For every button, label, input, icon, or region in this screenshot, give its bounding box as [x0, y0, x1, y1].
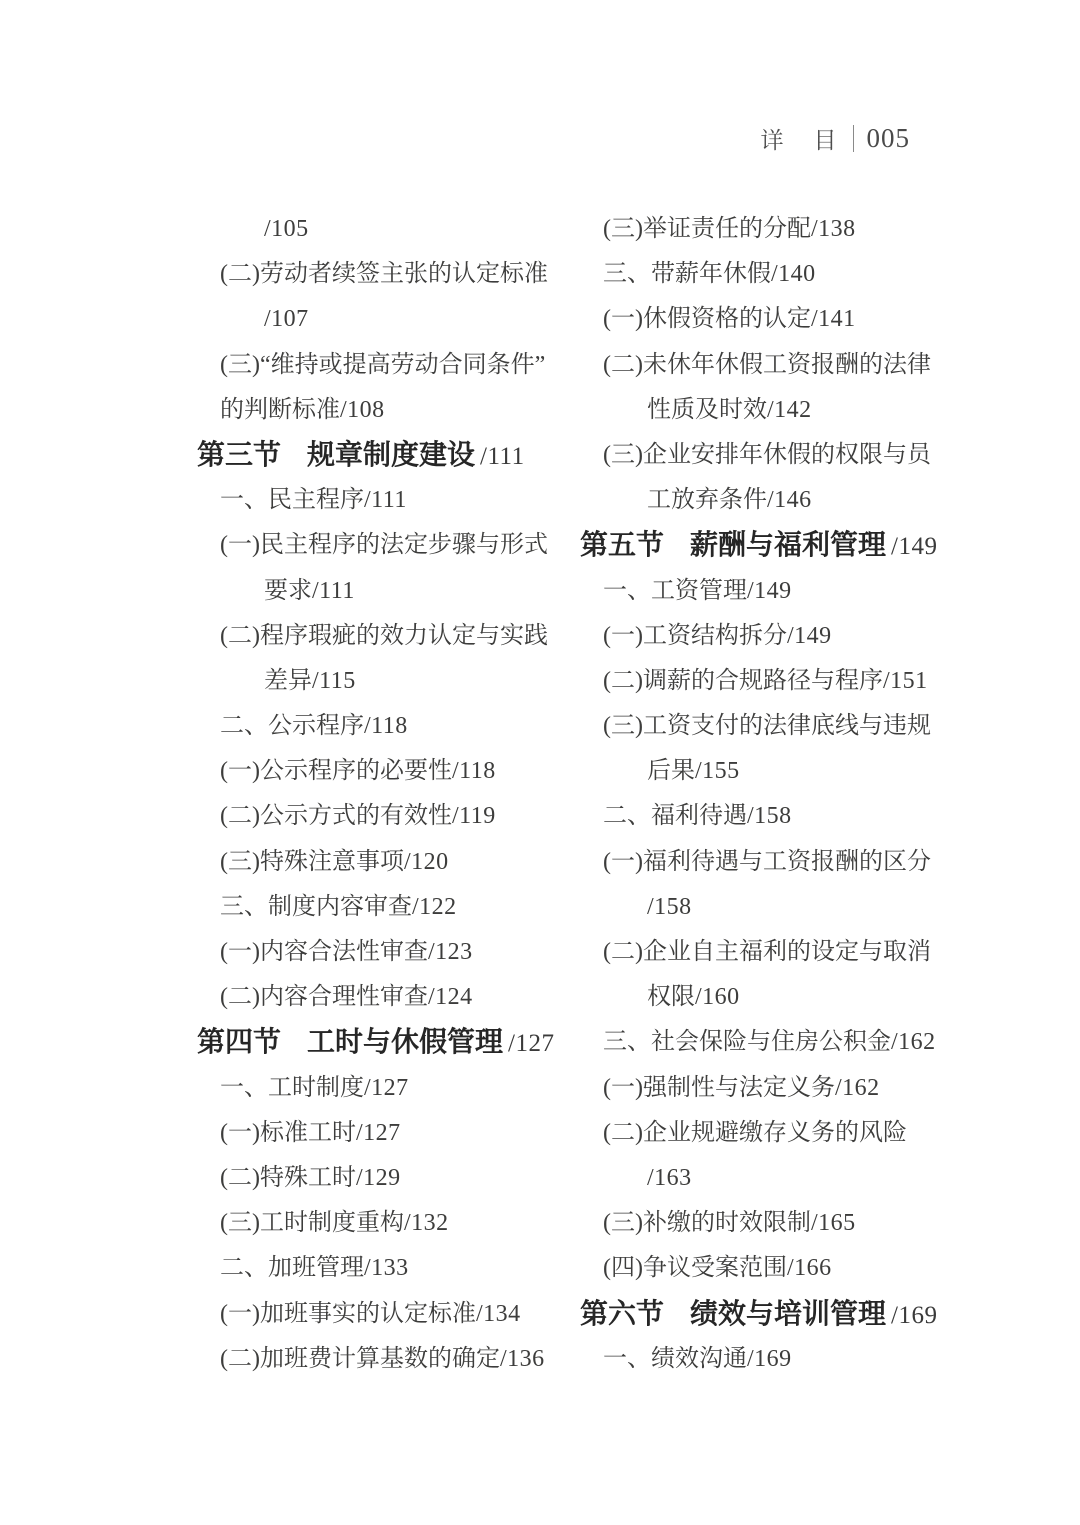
entry-page-number: /165 [811, 1210, 856, 1236]
toc-entry: (二)企业规避缴存义务的风险 [580, 1111, 975, 1156]
toc-entry: 权限/160 [580, 975, 975, 1020]
toc-section-heading: 第五节薪酬与福利管理/149 [580, 523, 975, 568]
entry-page-number: /160 [695, 984, 740, 1010]
toc-entry: (三)特殊注意事项/120 [197, 840, 592, 885]
header-title: 详目 [761, 122, 867, 155]
entry-page-number: /123 [428, 939, 473, 965]
entry-page-number: /111 [364, 487, 407, 513]
toc-entry: (一)加班事实的认定标准/134 [197, 1292, 592, 1337]
entry-page-number: /120 [404, 849, 449, 875]
entry-page-number: /163 [647, 1165, 692, 1191]
section-title: 规章制度建设 [307, 440, 475, 471]
entry-page-number: /149 [747, 578, 792, 604]
entry-text: 要求 [264, 578, 312, 604]
entry-text: 一、工时制度 [220, 1075, 364, 1101]
entry-text: 工放弃条件 [647, 487, 767, 513]
section-page-number: /149 [891, 533, 937, 560]
toc-entry: (三)补缴的时效限制/165 [580, 1201, 975, 1246]
toc-entry: (三)举证责任的分配/138 [580, 207, 975, 252]
entry-text: (一)民主程序的法定步骤与形式 [220, 532, 548, 558]
toc-entry: 的判断标准/108 [197, 388, 592, 433]
entry-text: (三)特殊注意事项 [220, 849, 404, 875]
entry-page-number: /115 [312, 668, 356, 694]
entry-text: (二)公示方式的有效性 [220, 803, 452, 829]
entry-page-number: /138 [811, 216, 856, 242]
entry-text: 三、制度内容审查 [220, 894, 412, 920]
section-title: 绩效与培训管理 [690, 1299, 886, 1330]
toc-entry: 三、社会保险与住房公积金/162 [580, 1020, 975, 1065]
entry-page-number: /132 [404, 1210, 449, 1236]
toc-entry: /158 [580, 885, 975, 930]
entry-page-number: /158 [647, 894, 692, 920]
toc-entry: /107 [197, 297, 592, 342]
entry-page-number: /162 [891, 1029, 936, 1055]
toc-entry: (二)企业自主福利的设定与取消 [580, 930, 975, 975]
toc-page: 详目 005 /105(二)劳动者续签主张的认定标准/107(三)“维持或提高劳… [0, 0, 1080, 1525]
entry-page-number: /129 [356, 1165, 401, 1191]
toc-entry: 性质及时效/142 [580, 388, 975, 433]
entry-text: 三、带薪年休假 [603, 261, 771, 287]
toc-entry: (二)调薪的合规路径与程序/151 [580, 659, 975, 704]
toc-entry: (三)工时制度重构/132 [197, 1201, 592, 1246]
entry-text: (一)休假资格的认定 [603, 306, 811, 332]
toc-entry: (二)公示方式的有效性/119 [197, 794, 592, 839]
entry-text: (三)工时制度重构 [220, 1210, 404, 1236]
entry-text: 三、社会保险与住房公积金 [603, 1029, 891, 1055]
toc-entry: (一)工资结构拆分/149 [580, 614, 975, 659]
entry-text: (二)内容合理性审查 [220, 984, 428, 1010]
section-page-number: /111 [480, 443, 525, 470]
entry-text: (二)加班费计算基数的确定 [220, 1346, 500, 1372]
toc-entry: /163 [580, 1156, 975, 1201]
entry-page-number: /108 [340, 397, 385, 423]
section-label: 第四节 [197, 1027, 281, 1058]
toc-entry: (一)标准工时/127 [197, 1111, 592, 1156]
entry-text: (三)企业安排年休假的权限与员 [603, 442, 931, 468]
section-title: 薪酬与福利管理 [690, 530, 886, 561]
entry-page-number: /134 [476, 1301, 521, 1327]
entry-text: 一、工资管理 [603, 578, 747, 604]
entry-page-number: /118 [452, 758, 496, 784]
page-header: 详目 005 [0, 122, 910, 155]
entry-page-number: /146 [767, 487, 812, 513]
toc-entry: 二、公示程序/118 [197, 704, 592, 749]
entry-page-number: /149 [787, 623, 832, 649]
entry-text: (二)未休年休假工资报酬的法律 [603, 352, 931, 378]
toc-section-heading: 第四节工时与休假管理/127 [197, 1020, 592, 1065]
header-divider [853, 125, 854, 152]
entry-page-number: /140 [771, 261, 816, 287]
entry-page-number: /105 [264, 216, 309, 242]
entry-page-number: /127 [364, 1075, 409, 1101]
entry-text: (二)企业规避缴存义务的风险 [603, 1120, 907, 1146]
toc-entry: 要求/111 [197, 569, 592, 614]
toc-entry: (二)内容合理性审查/124 [197, 975, 592, 1020]
header-page-number: 005 [867, 123, 911, 154]
entry-text: (一)内容合法性审查 [220, 939, 428, 965]
entry-text: (二)企业自主福利的设定与取消 [603, 939, 931, 965]
entry-text: 二、公示程序 [220, 713, 364, 739]
entry-text: (一)标准工时 [220, 1120, 356, 1146]
entry-text: 一、绩效沟通 [603, 1346, 747, 1372]
entry-text: 差异 [264, 668, 312, 694]
toc-section-heading: 第六节绩效与培训管理/169 [580, 1292, 975, 1337]
toc-entry: 一、绩效沟通/169 [580, 1337, 975, 1382]
toc-entry: /105 [197, 207, 592, 252]
entry-text: 后果 [647, 758, 695, 784]
entry-text: (三)工资支付的法律底线与违规 [603, 713, 931, 739]
toc-entry: (一)休假资格的认定/141 [580, 297, 975, 342]
toc-entry: 后果/155 [580, 749, 975, 794]
entry-text: 的判断标准 [220, 397, 340, 423]
toc-entry: 一、民主程序/111 [197, 478, 592, 523]
entry-text: (一)工资结构拆分 [603, 623, 787, 649]
entry-page-number: /155 [695, 758, 740, 784]
section-page-number: /169 [891, 1302, 937, 1329]
entry-text: 权限 [647, 984, 695, 1010]
toc-entry: 三、制度内容审查/122 [197, 885, 592, 930]
toc-entry: 二、加班管理/133 [197, 1246, 592, 1291]
entry-page-number: /158 [747, 803, 792, 829]
toc-entry: (二)劳动者续签主张的认定标准 [197, 252, 592, 297]
entry-text: 性质及时效 [647, 397, 767, 423]
toc-entry: (二)未休年休假工资报酬的法律 [580, 343, 975, 388]
entry-page-number: /133 [364, 1255, 409, 1281]
toc-entry: (二)程序瑕疵的效力认定与实践 [197, 614, 592, 659]
entry-text: 二、福利待遇 [603, 803, 747, 829]
toc-entry: 工放弃条件/146 [580, 478, 975, 523]
entry-page-number: /142 [767, 397, 812, 423]
section-label: 第六节 [580, 1299, 664, 1330]
entry-text: (一)加班事实的认定标准 [220, 1301, 476, 1327]
entry-page-number: /122 [412, 894, 457, 920]
entry-text: (一)强制性与法定义务 [603, 1075, 835, 1101]
entry-page-number: /127 [356, 1120, 401, 1146]
toc-entry: 二、福利待遇/158 [580, 794, 975, 839]
section-label: 第五节 [580, 530, 664, 561]
entry-page-number: /169 [747, 1346, 792, 1372]
entry-text: (三)补缴的时效限制 [603, 1210, 811, 1236]
entry-page-number: /162 [835, 1075, 880, 1101]
toc-entry: (二)加班费计算基数的确定/136 [197, 1337, 592, 1382]
toc-entry: (一)强制性与法定义务/162 [580, 1066, 975, 1111]
toc-section-heading: 第三节规章制度建设/111 [197, 433, 592, 478]
entry-page-number: /166 [787, 1255, 832, 1281]
entry-text: (三)举证责任的分配 [603, 216, 811, 242]
entry-text: (四)争议受案范围 [603, 1255, 787, 1281]
toc-entry: 差异/115 [197, 659, 592, 704]
section-title: 工时与休假管理 [307, 1027, 503, 1058]
entry-page-number: /107 [264, 306, 309, 332]
section-page-number: /127 [508, 1030, 554, 1057]
toc-entry: 三、带薪年休假/140 [580, 252, 975, 297]
toc-entry: (一)民主程序的法定步骤与形式 [197, 523, 592, 568]
toc-entry: (四)争议受案范围/166 [580, 1246, 975, 1291]
entry-text: (一)公示程序的必要性 [220, 758, 452, 784]
toc-entry: (一)内容合法性审查/123 [197, 930, 592, 975]
toc-entry: 一、工资管理/149 [580, 569, 975, 614]
toc-entry: (一)公示程序的必要性/118 [197, 749, 592, 794]
entry-text: (三)“维持或提高劳动合同条件” [220, 352, 545, 378]
entry-text: (二)调薪的合规路径与程序 [603, 668, 883, 694]
toc-entry: (三)“维持或提高劳动合同条件” [197, 343, 592, 388]
entry-page-number: /118 [364, 713, 408, 739]
toc-entry: (一)福利待遇与工资报酬的区分 [580, 840, 975, 885]
entry-page-number: /124 [428, 984, 473, 1010]
section-label: 第三节 [197, 440, 281, 471]
toc-column-left: /105(二)劳动者续签主张的认定标准/107(三)“维持或提高劳动合同条件”的… [197, 207, 592, 1382]
toc-entry: 一、工时制度/127 [197, 1066, 592, 1111]
entry-page-number: /136 [500, 1346, 545, 1372]
entry-text: (一)福利待遇与工资报酬的区分 [603, 849, 931, 875]
entry-text: 二、加班管理 [220, 1255, 364, 1281]
entry-text: (二)特殊工时 [220, 1165, 356, 1191]
entry-text: (二)劳动者续签主张的认定标准 [220, 261, 548, 287]
entry-page-number: /151 [883, 668, 928, 694]
toc-entry: (三)工资支付的法律底线与违规 [580, 704, 975, 749]
entry-text: (二)程序瑕疵的效力认定与实践 [220, 623, 548, 649]
toc-column-right: (三)举证责任的分配/138三、带薪年休假/140(一)休假资格的认定/141(… [580, 207, 975, 1382]
entry-page-number: /141 [811, 306, 856, 332]
entry-page-number: /111 [312, 578, 355, 604]
entry-page-number: /119 [452, 803, 496, 829]
entry-text: 一、民主程序 [220, 487, 364, 513]
toc-entry: (二)特殊工时/129 [197, 1156, 592, 1201]
toc-entry: (三)企业安排年休假的权限与员 [580, 433, 975, 478]
